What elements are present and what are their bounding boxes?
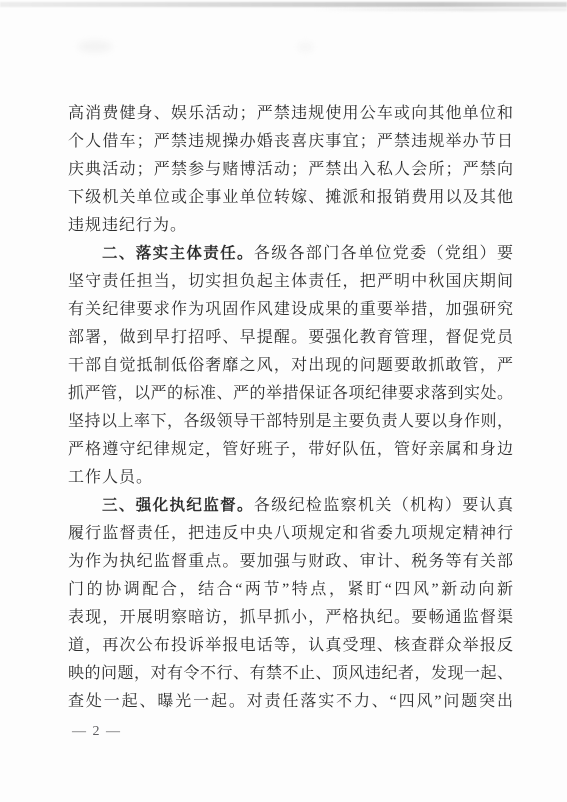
text-run: 违规违纪行为。 bbox=[68, 217, 187, 234]
text-line: 三、强化执纪监督。各级纪检监察机关（机构）要认真 bbox=[68, 492, 513, 520]
text-line: 干部自觉抵制低俗奢靡之风，对出现的问题要敢抓敢管，严 bbox=[68, 352, 513, 380]
section-heading-run: 三、强化执纪监督。 bbox=[102, 497, 254, 514]
text-run: 坚持以上率下，各级领导干部特别是主要负责人要以身作则， bbox=[68, 413, 513, 430]
text-line: 高消费健身、娱乐活动；严禁违规使用公车或向其他单位和 bbox=[68, 100, 513, 128]
text-line: 为作为执纪监督重点。要加强与财政、审计、税务等有关部 bbox=[68, 548, 513, 576]
text-line: 个人借车；严禁违规操办婚丧喜庆事宜；严禁违规举办节日 bbox=[68, 128, 513, 156]
text-run: 有关纪律要求作为巩固作风建设成果的重要举措，加强研究 bbox=[68, 301, 513, 318]
text-run: 庆典活动；严禁参与赌博活动；严禁出入私人会所；严禁向 bbox=[68, 161, 513, 178]
text-line: 抓严管，以严的标准、严的举措保证各项纪律要求落到实处。 bbox=[68, 380, 513, 408]
text-line: 下级机关单位或企事业单位转嫁、摊派和报销费用以及其他 bbox=[68, 184, 513, 212]
paragraph: 三、强化执纪监督。各级纪检监察机关（机构）要认真履行监督责任，把违反中央八项规定… bbox=[68, 492, 513, 716]
text-run: 抓严管，以严的标准、严的举措保证各项纪律要求落到实处。 bbox=[68, 385, 513, 402]
text-run: 查处一起、曝光一起。对责任落实不力、“四风”问题突出 bbox=[68, 693, 513, 710]
text-run: 高消费健身、娱乐活动；严禁违规使用公车或向其他单位和 bbox=[68, 105, 513, 122]
text-line: 违规违纪行为。 bbox=[68, 212, 513, 240]
text-line: 坚守责任担当，切实担负起主体责任，把严明中秋国庆期间 bbox=[68, 268, 513, 296]
text-run: 下级机关单位或企事业单位转嫁、摊派和报销费用以及其他 bbox=[68, 189, 513, 206]
text-line: 门的协调配合，结合“两节”特点，紧盯“四风”新动向新 bbox=[68, 576, 513, 604]
text-line: 道，再次公布投诉举报电话等，认真受理、核查群众举报反 bbox=[68, 632, 513, 660]
paragraph: 高消费健身、娱乐活动；严禁违规使用公车或向其他单位和个人借车；严禁违规操办婚丧喜… bbox=[68, 100, 513, 240]
text-run: 道，再次公布投诉举报电话等，认真受理、核查群众举报反 bbox=[68, 637, 513, 654]
text-run: 为作为执纪监督重点。要加强与财政、审计、税务等有关部 bbox=[68, 553, 513, 570]
text-line: 表现，开展明察暗访，抓早抓小，严格执纪。要畅通监督渠 bbox=[68, 604, 513, 632]
text-line: 二、落实主体责任。各级各部门各单位党委（党组）要 bbox=[68, 240, 513, 268]
text-line: 查处一起、曝光一起。对责任落实不力、“四风”问题突出 bbox=[68, 688, 513, 716]
text-run: 门的协调配合，结合“两节”特点，紧盯“四风”新动向新 bbox=[68, 581, 513, 598]
text-run: 表现，开展明察暗访，抓早抓小，严格执纪。要畅通监督渠 bbox=[68, 609, 513, 626]
text-line: 坚持以上率下，各级领导干部特别是主要负责人要以身作则， bbox=[68, 408, 513, 436]
page-number: — 2 — bbox=[72, 722, 122, 742]
text-run: 映的问题，对有令不行、有禁不止、顶风违纪者，发现一起、 bbox=[68, 665, 513, 682]
text-line: 部署，做到早打招呼、早提醒。要强化教育管理，督促党员 bbox=[68, 324, 513, 352]
text-run: 各级各部门各单位党委（党组）要 bbox=[254, 245, 513, 262]
text-line: 严格遵守纪律规定，管好班子，带好队伍，管好亲属和身边 bbox=[68, 436, 513, 464]
text-run: 坚守责任担当，切实担负起主体责任，把严明中秋国庆期间 bbox=[68, 273, 513, 290]
scan-smudge bbox=[298, 42, 313, 52]
scan-artifact-top-line bbox=[0, 2, 567, 7]
text-run: 部署，做到早打招呼、早提醒。要强化教育管理，督促党员 bbox=[68, 329, 513, 346]
scan-smudge bbox=[78, 40, 112, 53]
section-heading-run: 二、落实主体责任。 bbox=[102, 245, 254, 262]
scan-artifact-top-streak bbox=[312, 8, 567, 11]
text-run: 履行监督责任，把违反中央八项规定和省委九项规定精神行 bbox=[68, 525, 513, 542]
scanned-document-page: 高消费健身、娱乐活动；严禁违规使用公车或向其他单位和个人借车；严禁违规操办婚丧喜… bbox=[0, 0, 567, 802]
document-body: 高消费健身、娱乐活动；严禁违规使用公车或向其他单位和个人借车；严禁违规操办婚丧喜… bbox=[68, 100, 513, 716]
text-run: 严格遵守纪律规定，管好班子，带好队伍，管好亲属和身边 bbox=[68, 441, 513, 458]
text-line: 工作人员。 bbox=[68, 464, 513, 492]
text-run: 个人借车；严禁违规操办婚丧喜庆事宜；严禁违规举办节日 bbox=[68, 133, 513, 150]
text-line: 有关纪律要求作为巩固作风建设成果的重要举措，加强研究 bbox=[68, 296, 513, 324]
paragraph: 二、落实主体责任。各级各部门各单位党委（党组）要坚守责任担当，切实担负起主体责任… bbox=[68, 240, 513, 492]
text-run: 干部自觉抵制低俗奢靡之风，对出现的问题要敢抓敢管，严 bbox=[68, 357, 513, 374]
text-run: 工作人员。 bbox=[68, 469, 153, 486]
text-line: 履行监督责任，把违反中央八项规定和省委九项规定精神行 bbox=[68, 520, 513, 548]
text-run: 各级纪检监察机关（机构）要认真 bbox=[254, 497, 513, 514]
text-line: 庆典活动；严禁参与赌博活动；严禁出入私人会所；严禁向 bbox=[68, 156, 513, 184]
text-line: 映的问题，对有令不行、有禁不止、顶风违纪者，发现一起、 bbox=[68, 660, 513, 688]
